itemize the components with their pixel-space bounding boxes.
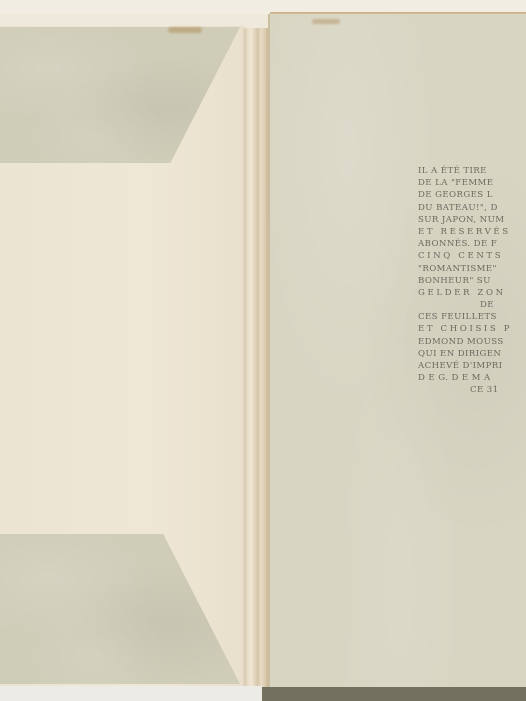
colophon-text: IL A ÉTÉ TIRE DE LA "FEMME DE GEORGES L … — [418, 165, 526, 397]
colophon-line: EDMOND MOUSS — [418, 336, 526, 348]
stain-mark — [168, 27, 202, 33]
colophon-line: ET RESERVÉS — [418, 226, 526, 238]
colophon-line: ET CHOISIS P — [418, 323, 526, 335]
colophon-line: CE 31 — [418, 384, 526, 396]
colophon-line: CES FEUILLETS — [418, 311, 526, 323]
bottom-shadow-band — [262, 687, 526, 701]
colophon-line: DU BATEAU!", D — [418, 202, 526, 214]
book-spine — [243, 28, 271, 688]
colophon-line: D E G. D E M A — [418, 372, 526, 384]
colophon-line: BONHEUR" SU — [418, 275, 526, 287]
colophon-line: "ROMANTISME" — [418, 263, 526, 275]
book-scan: IL A ÉTÉ TIRE DE LA "FEMME DE GEORGES L … — [0, 0, 526, 701]
colophon-line: SUR JAPON, NUM — [418, 214, 526, 226]
colophon-line: DE — [418, 299, 526, 311]
background-bottom — [0, 686, 262, 701]
colophon-line: ACHEVÉ D'IMPRI — [418, 360, 526, 372]
colophon-line: DE GEORGES L — [418, 189, 526, 201]
colophon-line: DE LA "FEMME — [418, 177, 526, 189]
colophon-line: QUI EN DIRIGEN — [418, 348, 526, 360]
colophon-line: CINQ CENTS — [418, 250, 526, 262]
colophon-line: ABONNÉS. DE F — [418, 238, 526, 250]
colophon-line: GELDER ZON — [418, 287, 526, 299]
colophon-line: IL A ÉTÉ TIRE — [418, 165, 526, 177]
stain-mark — [312, 19, 340, 24]
